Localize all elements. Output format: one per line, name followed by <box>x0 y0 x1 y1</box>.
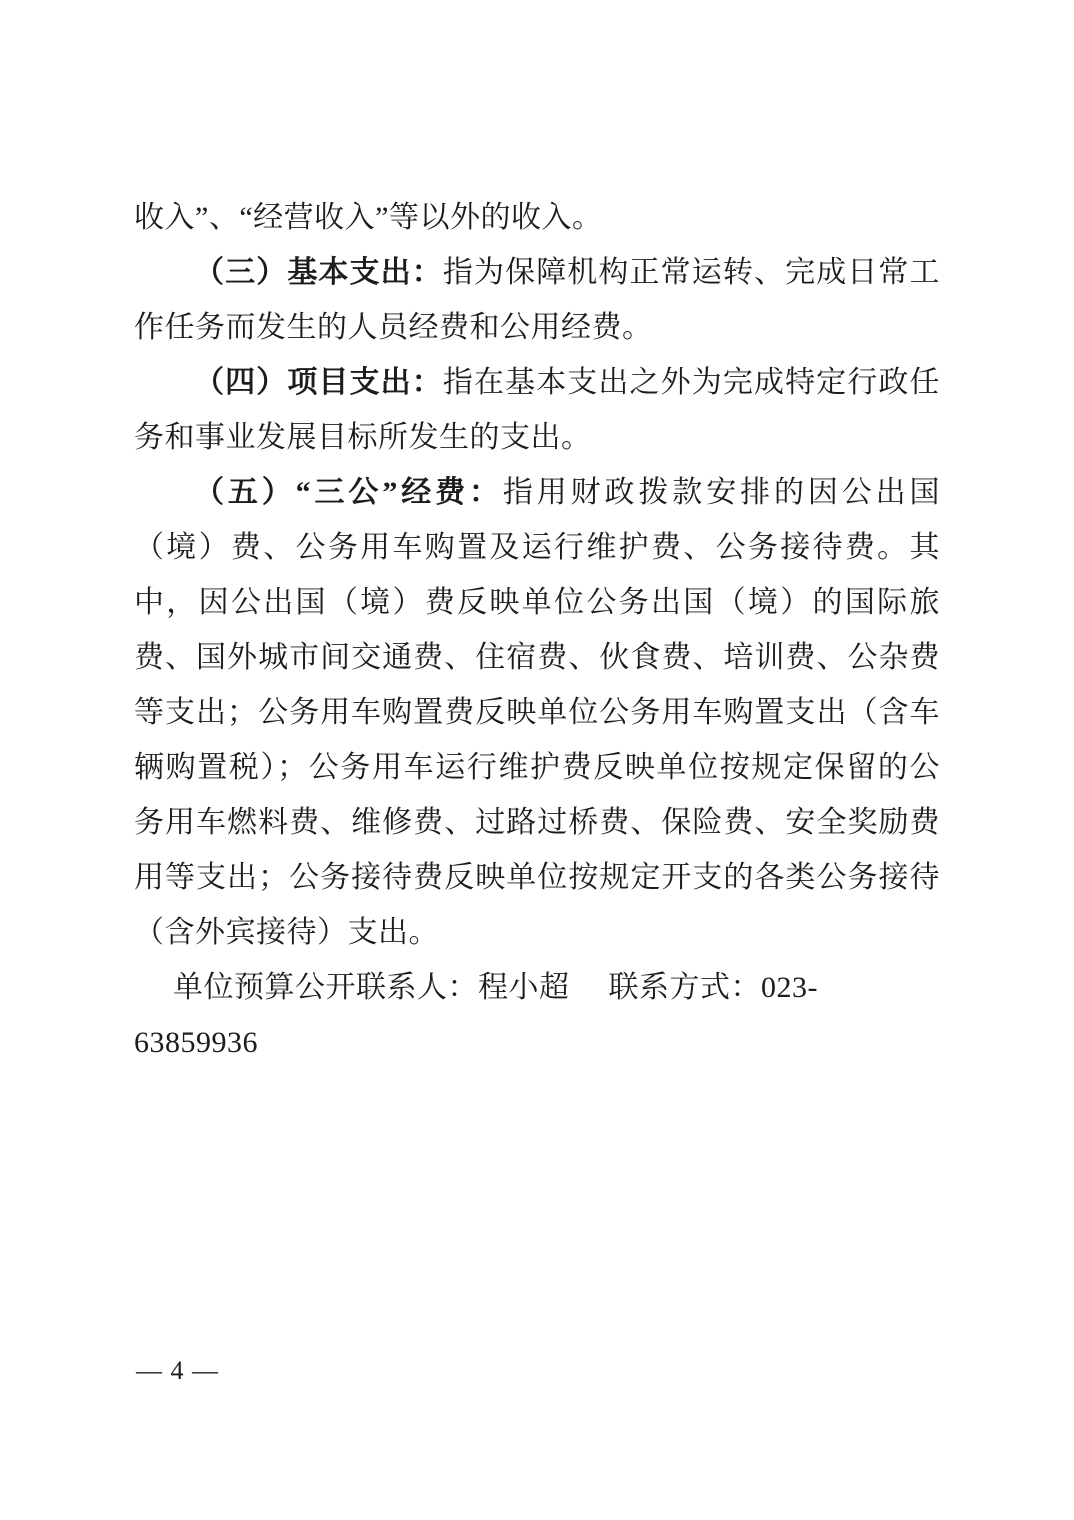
paragraph-basic-expenditure: （三）基本支出：指为保障机构正常运转、完成日常工作任务而发生的人员经费和公用经费… <box>134 245 940 355</box>
paragraph-project-expenditure: （四）项目支出：指在基本支出之外为完成特定行政任务和事业发展目标所发生的支出。 <box>134 355 940 465</box>
contact-person-name: 程小超 <box>478 971 570 1004</box>
paragraph-continuation: 收入”、“经营收入”等以外的收入。 <box>134 190 940 245</box>
paragraph-lead-project-expenditure: （四）项目支出： <box>194 366 443 399</box>
paragraph-text-three-public-funds: 指用财政拨款安排的因公出国（境）费、公务用车购置及运行维护费、公务接待费。其中，… <box>134 476 940 949</box>
document-body: 收入”、“经营收入”等以外的收入。 （三）基本支出：指为保障机构正常运转、完成日… <box>134 190 940 1070</box>
page-number: — 4 — <box>136 1351 219 1391</box>
paragraph-lead-three-public-funds: （五）“三公”经费： <box>194 476 503 509</box>
contact-person-label: 单位预算公开联系人： <box>173 971 478 1004</box>
paragraph-lead-basic-expenditure: （三）基本支出： <box>194 256 443 289</box>
paragraph-three-public-funds: （五）“三公”经费：指用财政拨款安排的因公出国（境）费、公务用车购置及运行维护费… <box>134 465 940 960</box>
contact-line: 单位预算公开联系人：程小超联系方式：023-63859936 <box>134 960 940 1070</box>
document-page: 收入”、“经营收入”等以外的收入。 （三）基本支出：指为保障机构正常运转、完成日… <box>0 0 1074 1520</box>
contact-method-label: 联系方式： <box>609 971 762 1004</box>
